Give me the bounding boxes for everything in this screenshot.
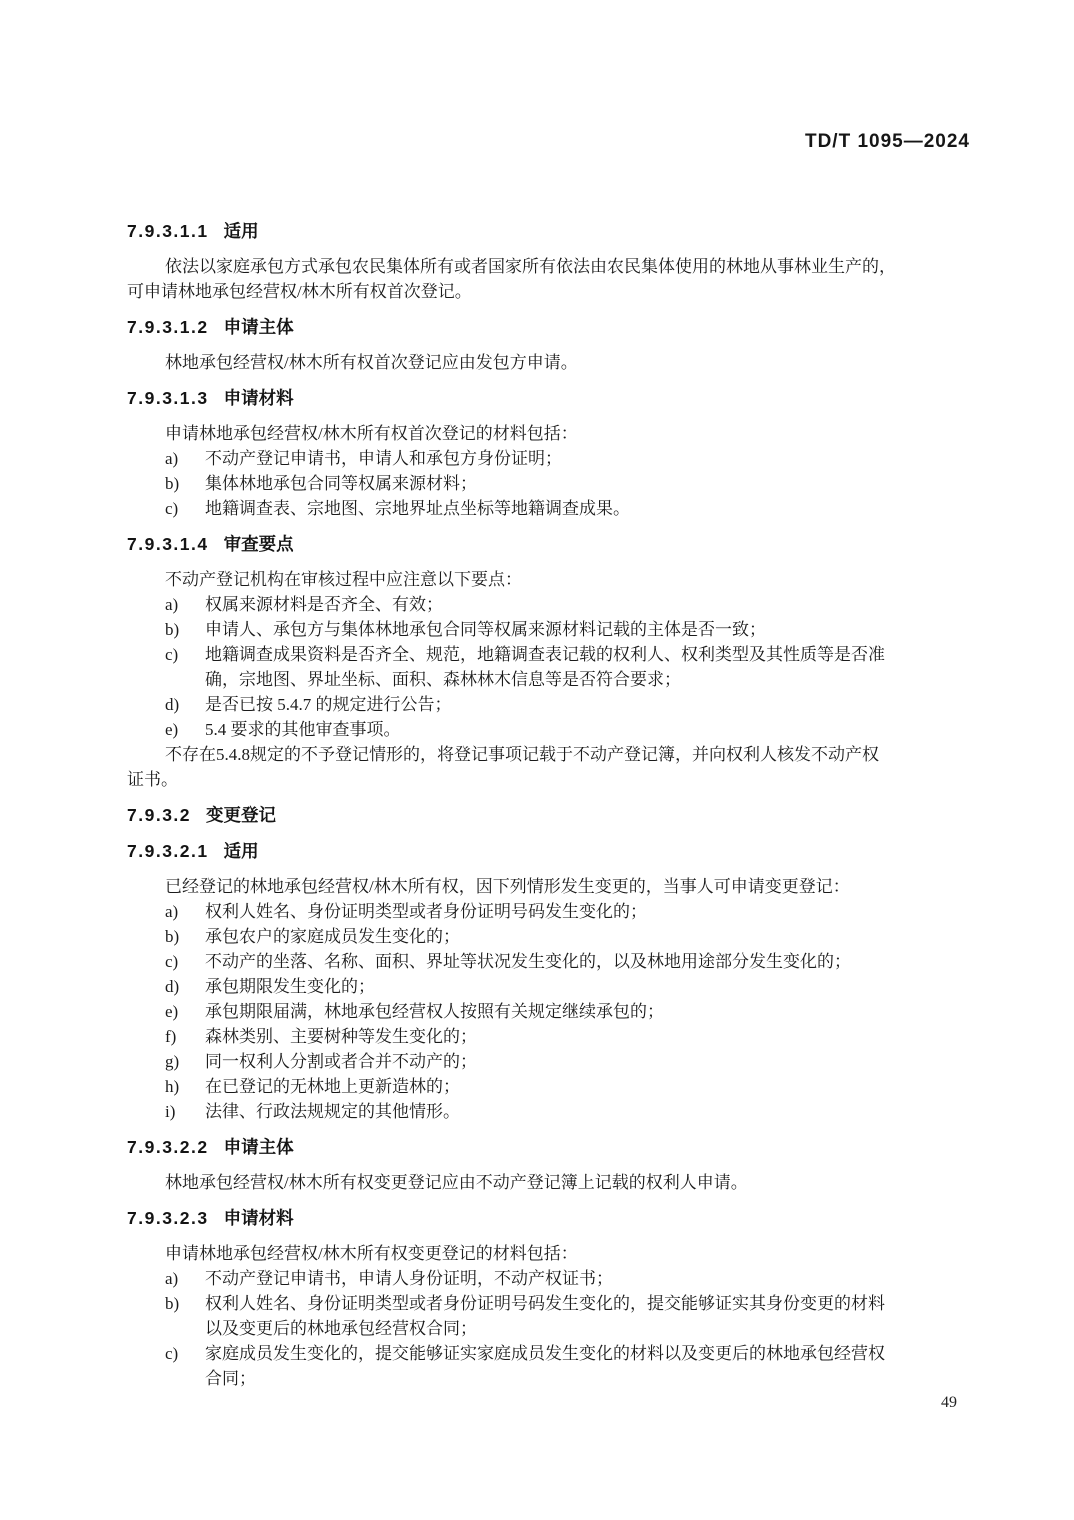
section-number: 7.9.3.1.2 — [127, 317, 209, 337]
section-number: 7.9.3.2.2 — [127, 1137, 209, 1157]
list-item-text: 申请人、承包方与集体林地承包合同等权属来源材料记载的主体是否一致； — [205, 617, 950, 642]
section-title: 变更登记 — [206, 805, 276, 825]
list-item: c)地籍调查成果资料是否齐全、规范，地籍调查表记载的权利人、权利类型及其性质等是… — [127, 642, 950, 692]
list-item-marker: c) — [165, 496, 178, 521]
section-heading: 7.9.3.1.1适用 — [127, 218, 950, 244]
list-item: c)地籍调查表、宗地图、宗地界址点坐标等地籍调查成果。 — [127, 496, 950, 521]
list-item-text: 是否已按 5.4.7 的规定进行公告； — [205, 692, 950, 717]
list-item: a)权属来源材料是否齐全、有效； — [127, 592, 950, 617]
paragraph: 林地承包经营权/林木所有权变更登记应由不动产登记簿上记载的权利人申请。 — [127, 1170, 950, 1195]
list-item-text: 承包期限发生变化的； — [205, 974, 950, 999]
list-item-text: 地籍调查表、宗地图、宗地界址点坐标等地籍调查成果。 — [205, 496, 950, 521]
list-item-text: 5.4 要求的其他审查事项。 — [205, 717, 950, 742]
list-item-marker: c) — [165, 642, 178, 667]
list-item: a)权利人姓名、身份证明类型或者身份证明号码发生变化的； — [127, 899, 950, 924]
list-item-marker: a) — [165, 899, 178, 924]
paragraph: 申请林地承包经营权/林木所有权首次登记的材料包括： — [127, 421, 950, 446]
section-number: 7.9.3.2.1 — [127, 841, 209, 861]
section-number: 7.9.3.1.1 — [127, 221, 209, 241]
paragraph: 依法以家庭承包方式承包农民集体所有或者国家所有依法由农民集体使用的林地从事林业生… — [127, 254, 950, 304]
paragraph: 不动产登记机构在审核过程中应注意以下要点： — [127, 567, 950, 592]
section-title: 申请主体 — [224, 317, 294, 337]
list-item: b)权利人姓名、身份证明类型或者身份证明号码发生变化的，提交能够证实其身份变更的… — [127, 1291, 950, 1341]
list-item-marker: c) — [165, 949, 178, 974]
section-heading: 7.9.3.1.4审查要点 — [127, 531, 950, 557]
list-item-text: 权利人姓名、身份证明类型或者身份证明号码发生变化的，提交能够证实其身份变更的材料… — [205, 1291, 950, 1341]
list-item: i)法律、行政法规规定的其他情形。 — [127, 1099, 950, 1124]
section-number: 7.9.3.2 — [127, 805, 191, 825]
list-item-marker: f) — [165, 1024, 176, 1049]
list-item-marker: b) — [165, 471, 179, 496]
list-item-marker: a) — [165, 446, 178, 471]
document-page: TD/T 1095—2024 7.9.3.1.1适用依法以家庭承包方式承包农民集… — [0, 0, 1074, 1520]
list-item: e)5.4 要求的其他审查事项。 — [127, 717, 950, 742]
section-heading: 7.9.3.1.2申请主体 — [127, 314, 950, 340]
list-item: c)不动产的坐落、名称、面积、界址等状况发生变化的，以及林地用途部分发生变化的； — [127, 949, 950, 974]
list-item-text: 不动产登记申请书，申请人身份证明，不动产权证书； — [205, 1266, 950, 1291]
list-item-text: 地籍调查成果资料是否齐全、规范，地籍调查表记载的权利人、权利类型及其性质等是否准… — [205, 642, 950, 692]
list-item-marker: b) — [165, 924, 179, 949]
paragraph: 已经登记的林地承包经营权/林木所有权，因下列情形发生变更的，当事人可申请变更登记… — [127, 874, 950, 899]
paragraph: 林地承包经营权/林木所有权首次登记应由发包方申请。 — [127, 350, 950, 375]
list-item-text: 承包期限届满，林地承包经营权人按照有关规定继续承包的； — [205, 999, 950, 1024]
list-item: b)申请人、承包方与集体林地承包合同等权属来源材料记载的主体是否一致； — [127, 617, 950, 642]
list-item: h)在已登记的无林地上更新造林的； — [127, 1074, 950, 1099]
list-item-text: 同一权利人分割或者合并不动产的； — [205, 1049, 950, 1074]
list-item: d)是否已按 5.4.7 的规定进行公告； — [127, 692, 950, 717]
section-heading: 7.9.3.2.1适用 — [127, 838, 950, 864]
section-heading: 7.9.3.2.2申请主体 — [127, 1134, 950, 1160]
list-item-marker: e) — [165, 999, 178, 1024]
section-number: 7.9.3.1.3 — [127, 388, 209, 408]
list-item: c)家庭成员发生变化的，提交能够证实家庭成员发生变化的材料以及变更后的林地承包经… — [127, 1341, 950, 1391]
section-title: 申请主体 — [224, 1137, 294, 1157]
list-item-marker: b) — [165, 617, 179, 642]
list-item-text: 不动产登记申请书，申请人和承包方身份证明； — [205, 446, 950, 471]
page-number: 49 — [941, 1394, 957, 1412]
list-item-text: 承包农户的家庭成员发生变化的； — [205, 924, 950, 949]
list-item-text: 家庭成员发生变化的，提交能够证实家庭成员发生变化的材料以及变更后的林地承包经营权… — [205, 1341, 950, 1391]
section-heading: 7.9.3.1.3申请材料 — [127, 385, 950, 411]
list-item-marker: i) — [165, 1099, 175, 1124]
list-item-marker: b) — [165, 1291, 179, 1316]
list-item-marker: a) — [165, 1266, 178, 1291]
list-item-text: 权利人姓名、身份证明类型或者身份证明号码发生变化的； — [205, 899, 950, 924]
list-item-marker: d) — [165, 974, 179, 999]
document-standard-number: TD/T 1095—2024 — [805, 131, 970, 153]
document-content: 7.9.3.1.1适用依法以家庭承包方式承包农民集体所有或者国家所有依法由农民集… — [127, 208, 950, 1391]
list-item: f)森林类别、主要树种等发生变化的； — [127, 1024, 950, 1049]
list-item-marker: e) — [165, 717, 178, 742]
list-item: e)承包期限届满，林地承包经营权人按照有关规定继续承包的； — [127, 999, 950, 1024]
list-item: g)同一权利人分割或者合并不动产的； — [127, 1049, 950, 1074]
section-heading: 7.9.3.2变更登记 — [127, 802, 950, 828]
section-number: 7.9.3.1.4 — [127, 534, 209, 554]
section-heading: 7.9.3.2.3申请材料 — [127, 1205, 950, 1231]
section-title: 适用 — [224, 221, 259, 241]
list-item: d)承包期限发生变化的； — [127, 974, 950, 999]
list-item-marker: d) — [165, 692, 179, 717]
list-item-marker: a) — [165, 592, 178, 617]
section-title: 申请材料 — [224, 1208, 294, 1228]
list-item-text: 法律、行政法规规定的其他情形。 — [205, 1099, 950, 1124]
list-item-marker: h) — [165, 1074, 179, 1099]
list-item-text: 集体林地承包合同等权属来源材料； — [205, 471, 950, 496]
list-item-text: 在已登记的无林地上更新造林的； — [205, 1074, 950, 1099]
section-title: 适用 — [224, 841, 259, 861]
section-number: 7.9.3.2.3 — [127, 1208, 209, 1228]
list-item-text: 不动产的坐落、名称、面积、界址等状况发生变化的，以及林地用途部分发生变化的； — [205, 949, 950, 974]
paragraph: 不存在5.4.8规定的不予登记情形的，将登记事项记载于不动产登记簿，并向权利人核… — [127, 742, 950, 792]
list-item-text: 森林类别、主要树种等发生变化的； — [205, 1024, 950, 1049]
list-item: b)集体林地承包合同等权属来源材料； — [127, 471, 950, 496]
paragraph: 申请林地承包经营权/林木所有权变更登记的材料包括： — [127, 1241, 950, 1266]
list-item: b)承包农户的家庭成员发生变化的； — [127, 924, 950, 949]
list-item-text: 权属来源材料是否齐全、有效； — [205, 592, 950, 617]
list-item-marker: c) — [165, 1341, 178, 1366]
list-item: a)不动产登记申请书，申请人和承包方身份证明； — [127, 446, 950, 471]
list-item: a)不动产登记申请书，申请人身份证明，不动产权证书； — [127, 1266, 950, 1291]
section-title: 审查要点 — [224, 534, 294, 554]
list-item-marker: g) — [165, 1049, 179, 1074]
section-title: 申请材料 — [224, 388, 294, 408]
